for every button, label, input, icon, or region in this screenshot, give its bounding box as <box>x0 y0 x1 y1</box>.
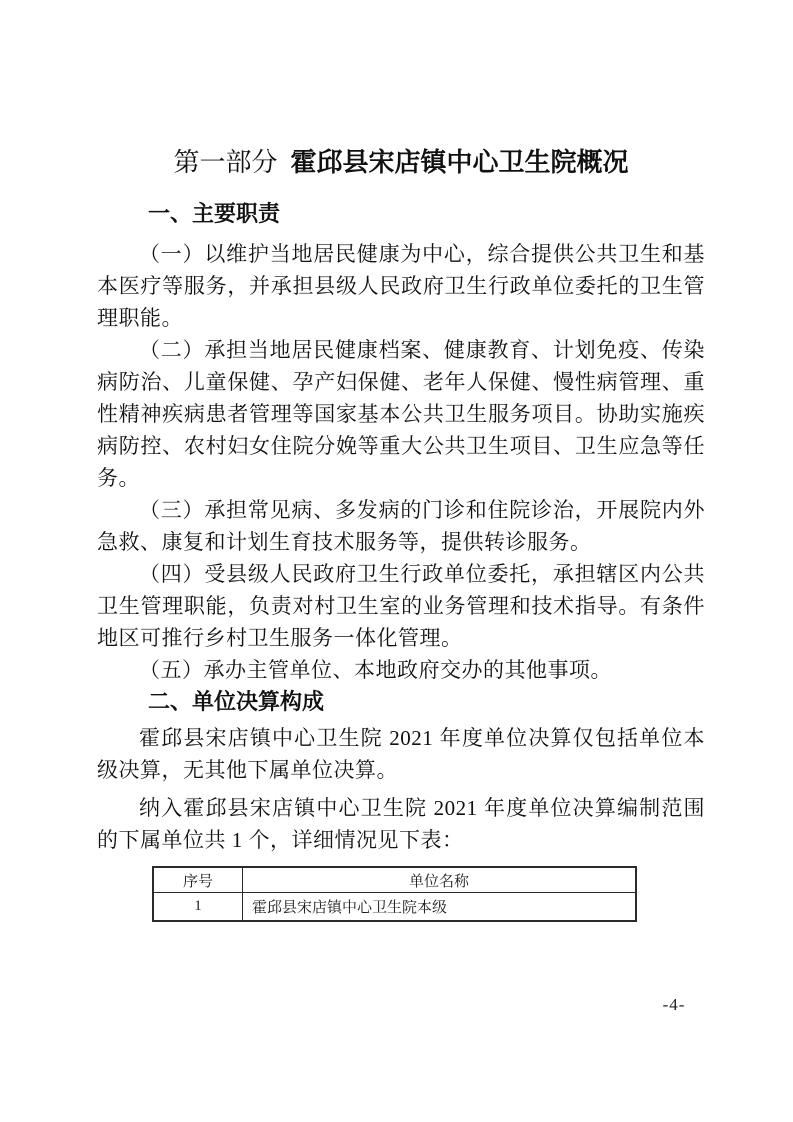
title-part-label: 第一部分 <box>173 147 277 177</box>
paragraph-duty-4: （四）受县级人民政府卫生行政单位委托，承担辖区内公共卫生管理职能，负责对村卫生室… <box>97 558 705 654</box>
section-heading-main-duties: 一、主要职责 <box>97 198 705 230</box>
section-heading-budget-composition: 二、单位决算构成 <box>97 686 705 718</box>
paragraph-duty-2: （二）承担当地居民健康档案、健康教育、计划免疫、传染病防治、儿童保健、孕产妇保健… <box>97 334 705 494</box>
paragraph-budget-1: 霍邱县宋店镇中心卫生院 2021 年度单位决算仅包括单位本级决算，无其他下属单位… <box>97 722 705 786</box>
page-title: 第一部分霍邱县宋店镇中心卫生院概况 <box>97 146 705 178</box>
units-table-header: 序号 单位名称 <box>153 867 636 893</box>
table-row: 1 霍邱县宋店镇中心卫生院本级 <box>153 893 636 922</box>
paragraph-duty-3: （三）承担常见病、多发病的门诊和住院诊治，开展院内外急救、康复和计划生育技术服务… <box>97 494 705 558</box>
units-table-body: 1 霍邱县宋店镇中心卫生院本级 <box>153 893 636 922</box>
table-cell-index: 1 <box>153 893 243 922</box>
title-main-text: 霍邱县宋店镇中心卫生院概况 <box>291 147 629 177</box>
table-cell-unit-name: 霍邱县宋店镇中心卫生院本级 <box>243 893 637 922</box>
document-content: 第一部分霍邱县宋店镇中心卫生院概况 一、主要职责 （一）以维护当地居民健康为中心… <box>97 146 705 922</box>
paragraph-budget-2: 纳入霍邱县宋店镇中心卫生院 2021 年度单位决算编制范围的下属单位共 1 个，… <box>97 792 705 856</box>
units-table: 序号 单位名称 1 霍邱县宋店镇中心卫生院本级 <box>152 866 637 922</box>
page-number: -4- <box>648 995 700 1015</box>
paragraph-duty-5: （五）承办主管单位、本地政府交办的其他事项。 <box>97 654 705 686</box>
paragraph-duty-1: （一）以维护当地居民健康为中心，综合提供公共卫生和基本医疗等服务，并承担县级人民… <box>97 238 705 334</box>
table-header-index: 序号 <box>153 867 243 893</box>
table-header-row: 序号 单位名称 <box>153 867 636 893</box>
table-header-unit-name: 单位名称 <box>243 867 637 893</box>
document-page: 第一部分霍邱县宋店镇中心卫生院概况 一、主要职责 （一）以维护当地居民健康为中心… <box>0 0 793 1122</box>
